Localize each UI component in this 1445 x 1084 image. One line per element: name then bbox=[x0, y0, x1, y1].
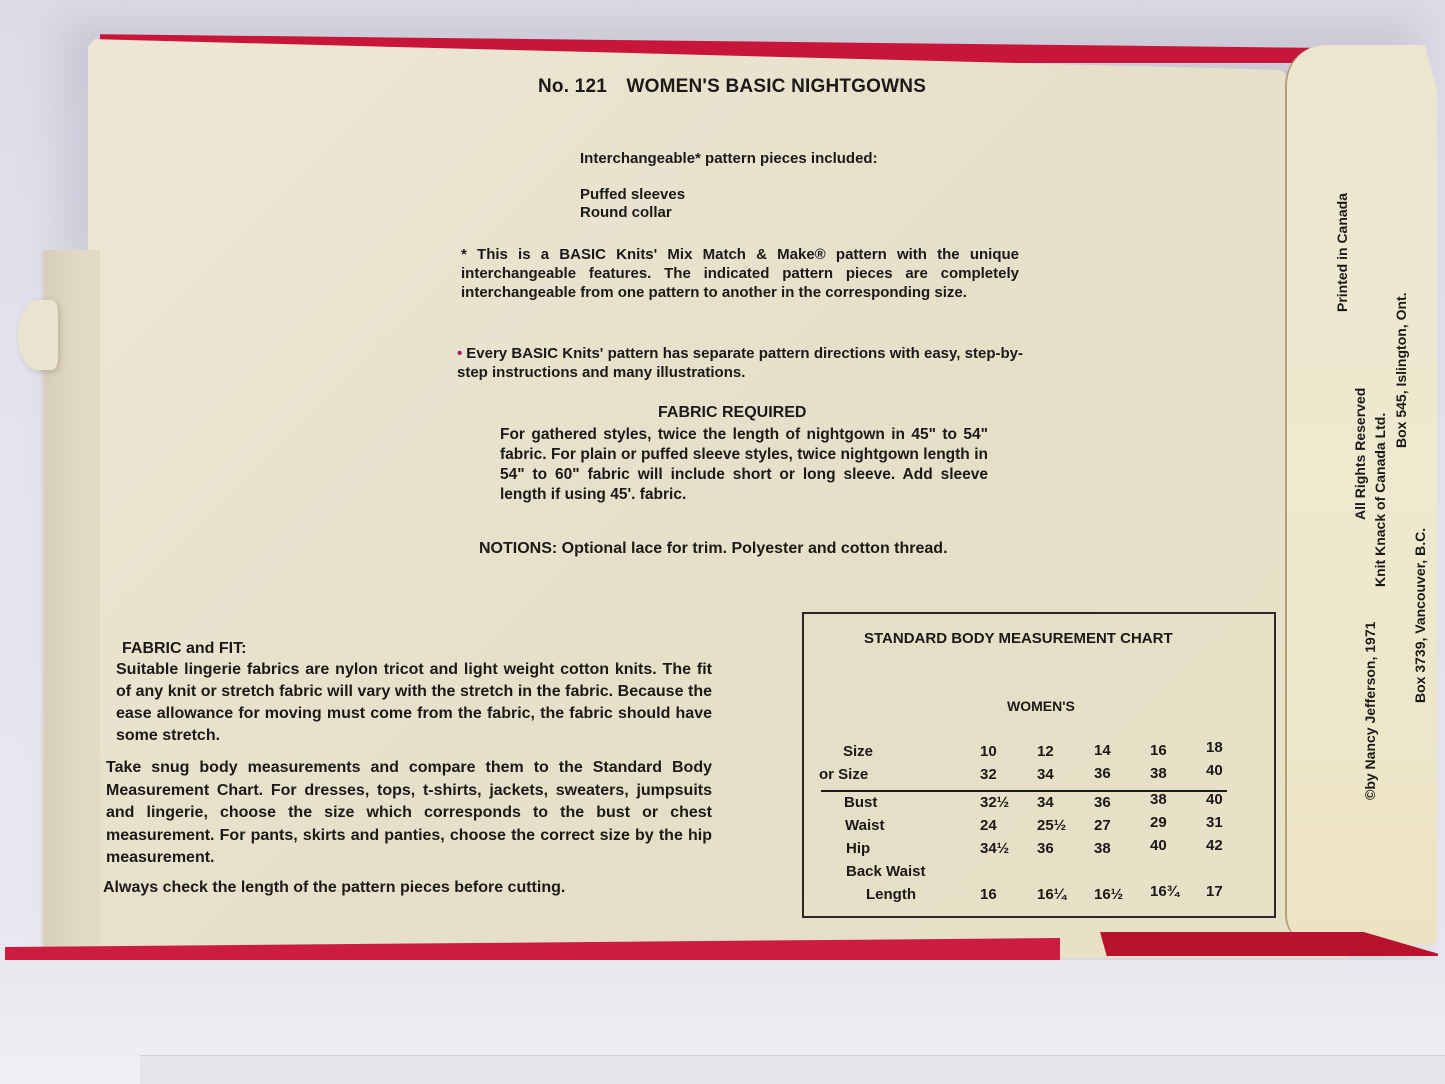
measure-value: 16½ bbox=[1094, 886, 1123, 903]
size-label: or Size bbox=[819, 766, 868, 783]
chart-title: STANDARD BODY MEASUREMENT CHART bbox=[864, 630, 1173, 647]
check-length-note: Always check the length of the pattern p… bbox=[103, 879, 565, 897]
measurement-paragraph: Take snug body measurements and compare … bbox=[106, 757, 712, 870]
fabric-fit-heading: FABRIC and FIT: bbox=[122, 640, 246, 658]
measure-value: 25½ bbox=[1037, 817, 1066, 834]
measure-label: Length bbox=[866, 886, 916, 903]
piece-item: Puffed sleeves bbox=[580, 186, 685, 204]
background-sheet-edge bbox=[140, 1055, 1445, 1084]
address-vancouver: Box 3739, Vancouver, B.C. bbox=[1412, 528, 1428, 703]
mix-match-note: * This is a BASIC Knits' Mix Match & Mak… bbox=[461, 245, 1019, 302]
size-value: 40 bbox=[1206, 762, 1223, 779]
measure-value: 16¾ bbox=[1150, 883, 1179, 900]
directions-note: •Every BASIC Knits' pattern has separate… bbox=[457, 344, 1023, 382]
printed-in-canada: Printed in Canada bbox=[1334, 193, 1350, 312]
size-value: 18 bbox=[1206, 739, 1223, 756]
chart-subtitle: WOMEN'S bbox=[1007, 698, 1075, 714]
measure-value: 24 bbox=[980, 817, 997, 834]
measure-label: Hip bbox=[846, 840, 870, 857]
pattern-title: WOMEN'S BASIC NIGHTGOWNS bbox=[626, 76, 926, 97]
pieces-list: Puffed sleeves Round collar bbox=[580, 186, 685, 222]
address-islington: Box 545, Islington, Ont. bbox=[1393, 292, 1409, 448]
measure-value: 17 bbox=[1206, 883, 1223, 900]
fabric-fit-paragraph: Suitable lingerie fabrics are nylon tric… bbox=[116, 659, 712, 747]
page-title: No. 121 WOMEN'S BASIC NIGHTGOWNS bbox=[538, 76, 926, 98]
bullet-icon: • bbox=[457, 345, 462, 362]
copyright-line: ©by Nancy Jefferson, 1971 bbox=[1362, 622, 1378, 800]
notions-text: NOTIONS: Optional lace for trim. Polyest… bbox=[479, 540, 948, 558]
size-value: 34 bbox=[1037, 766, 1054, 783]
size-value: 14 bbox=[1094, 742, 1111, 759]
size-value: 36 bbox=[1094, 765, 1111, 782]
measure-value: 34 bbox=[1037, 794, 1054, 811]
size-value: 38 bbox=[1150, 765, 1167, 782]
size-value: 12 bbox=[1037, 743, 1054, 760]
fabric-required-text: For gathered styles, twice the length of… bbox=[500, 425, 988, 505]
measure-value: 16 bbox=[980, 886, 997, 903]
measure-value: 38 bbox=[1094, 840, 1111, 857]
rights-reserved: All Rights Reserved bbox=[1352, 388, 1368, 520]
measure-value: 40 bbox=[1206, 791, 1223, 808]
measure-value: 31 bbox=[1206, 814, 1223, 831]
measure-value: 40 bbox=[1150, 837, 1167, 854]
measure-value: 16¼ bbox=[1037, 886, 1066, 903]
measure-value: 36 bbox=[1094, 794, 1111, 811]
measure-label: Waist bbox=[845, 817, 884, 834]
measure-value: 42 bbox=[1206, 837, 1223, 854]
size-value: 32 bbox=[980, 766, 997, 783]
piece-item: Round collar bbox=[580, 204, 685, 222]
torn-edge bbox=[18, 300, 58, 370]
measure-value: 32½ bbox=[980, 794, 1009, 811]
company-name: Knit Knack of Canada Ltd. bbox=[1372, 413, 1388, 587]
measure-value: 27 bbox=[1094, 817, 1111, 834]
measure-value: 38 bbox=[1150, 791, 1167, 808]
size-label: Size bbox=[843, 743, 873, 760]
interchangeable-heading: Interchangeable* pattern pieces included… bbox=[580, 150, 878, 167]
pattern-envelope: No. 121 WOMEN'S BASIC NIGHTGOWNS Interch… bbox=[0, 0, 1445, 1084]
measure-value: 36 bbox=[1037, 840, 1054, 857]
measure-value: 29 bbox=[1150, 814, 1167, 831]
directions-text: Every BASIC Knits' pattern has separate … bbox=[457, 345, 1023, 381]
measurement-chart: STANDARD BODY MEASUREMENT CHART WOMEN'S … bbox=[802, 612, 1276, 918]
size-value: 16 bbox=[1150, 742, 1167, 759]
measure-label: Back Waist bbox=[846, 863, 925, 880]
pattern-number: No. 121 bbox=[538, 76, 607, 97]
fabric-required-heading: FABRIC REQUIRED bbox=[658, 404, 806, 422]
measure-value: 34½ bbox=[980, 840, 1009, 857]
size-value: 10 bbox=[980, 743, 997, 760]
measure-label: Bust bbox=[844, 794, 877, 811]
